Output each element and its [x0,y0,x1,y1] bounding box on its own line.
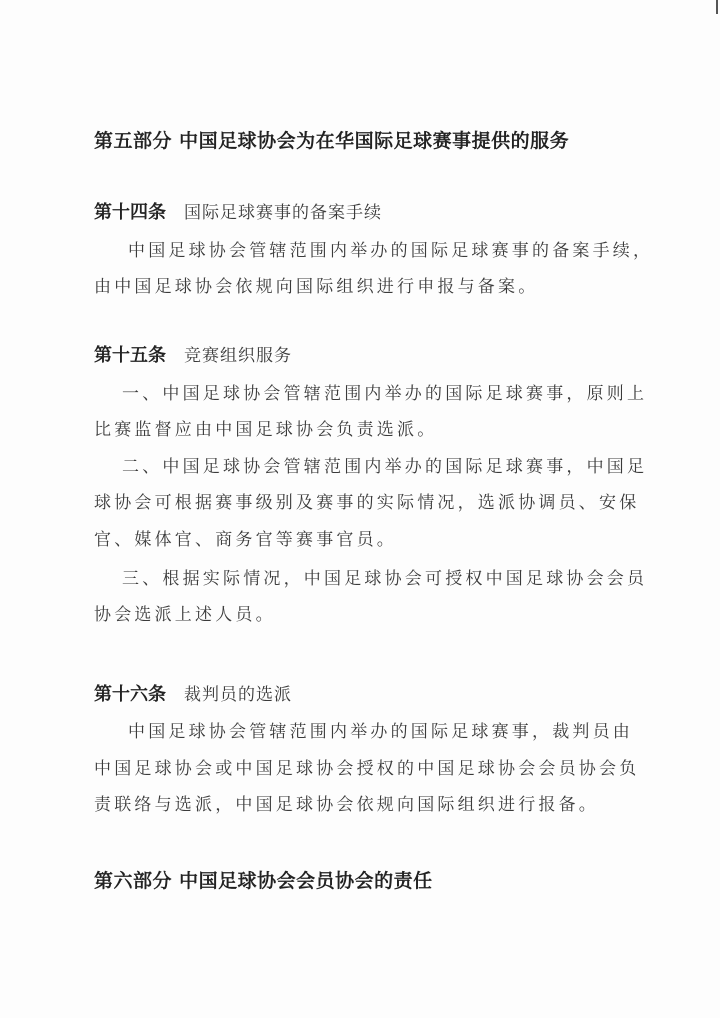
article-15-number: 第十五条 [94,345,166,366]
article-14-line: 中国足球协会管辖范围内举办的国际足球赛事的备案手续， [128,236,653,261]
article-15-line: 三、根据实际情况，中国足球协会可授权中国足球协会会员 [122,564,647,589]
article-15-line: 二、中国足球协会管辖范围内举办的国际足球赛事，中国足 [122,452,647,477]
article-15-line: 球协会可根据赛事级别及赛事的实际情况，选派协调员、安保 [94,488,639,513]
article-16-number: 第十六条 [94,684,166,705]
page-edge-mark [716,0,718,14]
article-14-heading: 第十四条国际足球赛事的备案手续 [94,198,382,224]
article-15-line: 比赛监督应由中国足球协会负责选派。 [94,415,437,440]
article-16-heading: 第十六条裁判员的选派 [94,680,292,706]
article-15-heading: 第十五条竞赛组织服务 [94,341,292,367]
article-16-line: 中国足球协会或中国足球协会授权的中国足球协会会员协会负 [94,754,639,779]
part-six-title: 第六部分 中国足球协会会员协会的责任 [94,866,433,893]
article-15-line: 一、中国足球协会管辖范围内举办的国际足球赛事，原则上 [122,379,647,404]
article-16-line: 中国足球协会管辖范围内举办的国际足球赛事，裁判员由 [128,717,633,742]
article-16-title: 裁判员的选派 [184,685,292,705]
article-15-title: 竞赛组织服务 [184,346,292,366]
article-14-title: 国际足球赛事的备案手续 [184,203,382,223]
part-five-title: 第五部分 中国足球协会为在华国际足球赛事提供的服务 [94,126,569,153]
article-15-line: 协会选派上述人员。 [94,600,276,625]
article-15-line: 官、媒体官、商务官等赛事官员。 [94,525,397,550]
article-14-line: 由中国足球协会依规向国际组织进行申报与备案。 [94,272,538,297]
article-16-line: 责联络与选派，中国足球协会依规向国际组织进行报备。 [94,790,599,815]
article-14-number: 第十四条 [94,202,166,223]
